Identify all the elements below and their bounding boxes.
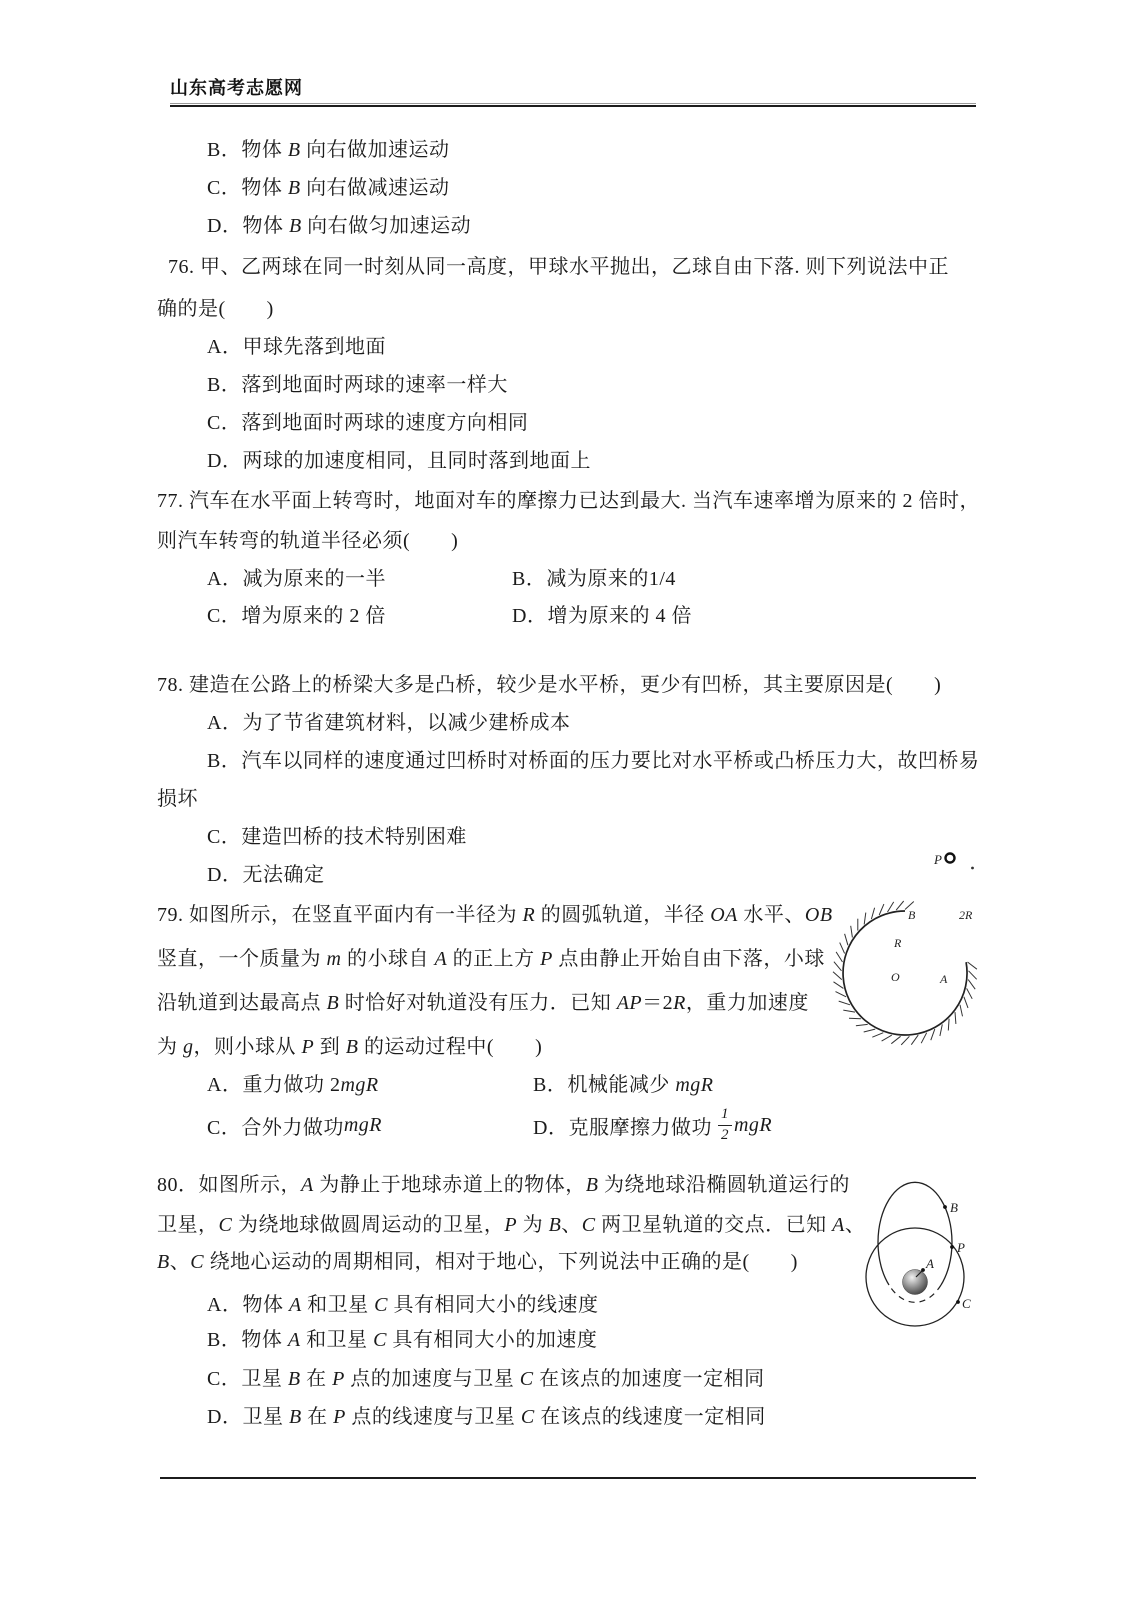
q77-stem-line-1: 77. 汽车在水平面上转弯时，地面对车的摩擦力已达到最大. 当汽车速率增为原来的… <box>157 484 980 513</box>
label-c: C <box>962 1296 971 1311</box>
q76-option-d: D．两球的加速度相同，且同时落到地面上 <box>207 444 591 473</box>
point-b-dot <box>943 1205 947 1209</box>
q77-option-a: A．减为原来的一半 <box>207 562 386 591</box>
label-a: A <box>939 972 948 986</box>
q80-option-a: A．物体 A 和卫星 C 具有相同大小的线速度 <box>207 1288 599 1317</box>
point-a-dot <box>921 1268 925 1272</box>
point-c-dot <box>956 1300 960 1304</box>
track-arc <box>843 911 967 1035</box>
q79-stem-line-4: 为 g，则小球从 P 到 B 的运动过程中( ) <box>157 1030 542 1059</box>
label-b: B <box>950 1200 958 1215</box>
earth <box>903 1270 928 1295</box>
q76-option-b: B．落到地面时两球的速率一样大 <box>207 368 508 397</box>
q76-option-c: C．落到地面时两球的速度方向相同 <box>207 406 528 435</box>
label-p: P <box>956 1240 965 1255</box>
exam-page: 山东高考志愿网 B．物体 B 向右做加速运动 C．物体 B 向右做减速运动 D．… <box>0 0 1131 1600</box>
q76-stem-line-2: 确的是( ) <box>157 292 274 321</box>
header-rule-thin <box>170 103 976 104</box>
q79-stem-line-2: 竖直，一个质量为 m 的小球自 A 的正上方 P 点由静止开始自由下落，小球 <box>157 942 825 971</box>
site-name: 山东高考志愿网 <box>170 74 303 100</box>
q78-option-d: D．无法确定 <box>207 858 324 887</box>
label-o: O <box>891 970 900 984</box>
figure-question-80-orbits: B P A C <box>848 1168 1002 1340</box>
q79-option-a: A．重力做功 2mgR <box>207 1068 379 1097</box>
q76-option-a: A．甲球先落到地面 <box>207 330 386 359</box>
q79-option-b: B．机械能减少 mgR <box>533 1068 714 1097</box>
q77-options-row-2: C．增为原来的 2 倍 D．增为原来的 4 倍 <box>0 599 1131 629</box>
q78-stem: 78. 建造在公路上的桥梁大多是凸桥，较少是水平桥，更少有凹桥，其主要原因是( … <box>157 668 941 697</box>
footer-rule <box>160 1477 976 1479</box>
q79-option-d-prefix: D．克服摩擦力做功 <box>533 1111 712 1140</box>
label-a: A <box>925 1256 934 1271</box>
header-rule <box>170 105 976 107</box>
label-p: P <box>933 852 942 867</box>
fraction-denominator: 2 <box>721 1126 729 1144</box>
q77-option-b: B．减为原来的1/4 <box>512 562 676 591</box>
fraction-numerator: 1 <box>718 1106 732 1125</box>
q79-option-d: D．克服摩擦力做功 1 2 mgR <box>533 1102 772 1148</box>
q79-options-row-1: A．重力做功 2mgR B．机械能减少 mgR <box>0 1068 1131 1098</box>
q80-option-c: C．卫星 B 在 P 点的加速度与卫星 C 在该点的加速度一定相同 <box>207 1362 765 1391</box>
q79-stem-line-1: 79. 如图所示，在竖直平面内有一半径为 R 的圆弧轨道，半径 OA 水平、OB <box>157 898 833 927</box>
fraction-one-half: 1 2 <box>718 1106 732 1144</box>
q80-stem-line-3: B、C 绕地心运动的周期相同，相对于地心，下列说法中正确的是( ) <box>157 1245 798 1274</box>
q76-stem-line-1: 76. 甲、乙两球在同一时刻从同一高度，甲球水平抛出，乙球自由下落. 则下列说法… <box>168 250 949 279</box>
q79-stem-line-3: 沿轨道到达最高点 B 时恰好对轨道没有压力．已知 AP＝2R，重力加速度 <box>157 986 809 1015</box>
q79-options-row-2: C．合外力做功 mgR D．克服摩擦力做功 1 2 mgR <box>0 1102 1131 1148</box>
q79-option-c: C．合外力做功 mgR <box>207 1102 382 1148</box>
q75-option-d: D．物体 B 向右做匀加速运动 <box>207 209 471 238</box>
q78-option-b-line-2: 损坏 <box>157 782 198 811</box>
q79-option-d-suffix: mgR <box>734 1114 772 1137</box>
figure-question-79-circular-track: P 2R B R O A <box>818 833 1022 1049</box>
small-dot <box>971 867 974 870</box>
label-r: R <box>893 936 902 950</box>
point-p-dot <box>950 1245 954 1249</box>
q80-option-d: D．卫星 B 在 P 点的线速度与卫星 C 在该点的线速度一定相同 <box>207 1400 766 1429</box>
q75-option-b: B．物体 B 向右做加速运动 <box>207 133 450 162</box>
label-b: B <box>908 908 916 922</box>
q80-option-b: B．物体 A 和卫星 C 具有相同大小的加速度 <box>207 1323 597 1352</box>
q80-stem-line-2: 卫星，C 为绕地球做圆周运动的卫星，P 为 B、C 两卫星轨道的交点．已知 A、 <box>157 1208 865 1237</box>
track-hatching <box>833 901 977 1045</box>
q80-stem-line-1: 80．如图所示，A 为静止于地球赤道上的物体，B 为绕地球沿椭圆轨道运行的 <box>157 1168 850 1197</box>
q77-options-row-1: A．减为原来的一半 B．减为原来的1/4 <box>0 562 1131 592</box>
q78-option-c: C．建造凹桥的技术特别困难 <box>207 820 467 849</box>
q75-option-c: C．物体 B 向右做减速运动 <box>207 171 450 200</box>
q77-option-c: C．增为原来的 2 倍 <box>207 599 386 628</box>
ball-at-point-p <box>946 854 955 863</box>
q78-option-b-line-1: B．汽车以同样的速度通过凹桥时对桥面的压力要比对水平桥或凸桥压力大，故凹桥易 <box>207 744 979 773</box>
q77-stem-line-2: 则汽车转弯的轨道半径必须( ) <box>157 524 458 553</box>
label-2r: 2R <box>959 908 973 922</box>
q77-option-d: D．增为原来的 4 倍 <box>512 599 692 628</box>
q78-option-a: A．为了节省建筑材料，以减少建桥成本 <box>207 706 570 735</box>
